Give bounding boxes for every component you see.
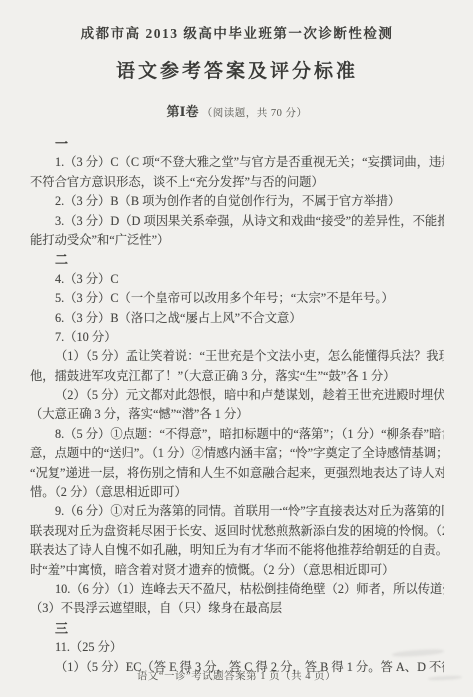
answer-line-text: 8.（5 分）①点题：“不得意”，暗扣标题中的“落第”；（1 分）“柳条春”暗含… <box>55 427 444 441</box>
answer-line-text: 他，擂鼓进军攻克江都了！”（大意正确 3 分，落实“生”“鼓”各 1 分） <box>30 369 395 383</box>
answer-line-text: （2）（5 分）元文都对此怨恨，暗中和卢楚谋划，趁着王世充进殿时埋伏士兵杀死他。 <box>55 388 444 402</box>
answer-line-text: （3）不畏浮云遮望眼，自（只）缘身在最高层 <box>30 601 282 615</box>
answer-line: 不符合官方意识形态，谈不上“充分发挥”与否的问题） <box>30 173 444 192</box>
answer-line-text: 10.（6 分）（1）连峰去天不盈尺，枯松倒挂倚绝壁（2）师者，所以传道受业解惑… <box>55 582 444 596</box>
scanned-answer-sheet-page: 成都市高 2013 级高中毕业班第一次诊断性检测 语文参考答案及评分标准 第Ⅰ卷… <box>0 0 473 697</box>
answer-line: 意，点题中的“送归”。（1 分）②情感内涵丰富；“怜”字奠定了全诗感情基调；（1… <box>30 444 444 463</box>
answer-line-text: 2.（3 分）B（B 项为创作者的自觉创作行为，不属于官方举措） <box>55 194 400 208</box>
answer-line: 二 <box>30 250 444 269</box>
answer-line: 10.（6 分）（1）连峰去天不盈尺，枯松倒挂倚绝壁（2）师者，所以传道受业解惑… <box>30 580 444 599</box>
answer-line-text: 不符合官方意识形态，谈不上“充分发挥”与否的问题） <box>30 175 324 189</box>
answer-line: 8.（5 分）①点题：“不得意”，暗扣标题中的“落第”；（1 分）“柳条春”暗含… <box>30 425 444 444</box>
answer-line: （3）不畏浮云遮望眼，自（只）缘身在最高层 <box>30 599 444 618</box>
answer-line: “况复”递进一层，将伤别之情和人生不如意融合起来，更强烈地表达了诗人对丘为的怜 <box>30 464 444 483</box>
answer-line-text: 11.（25 分） <box>55 640 122 654</box>
answer-line-text: 二 <box>55 252 68 267</box>
answer-line-text: （1）（5 分）孟让笑着说：“王世充是个文法小吏，怎么能懂得兵法？我现在要活捉 <box>55 349 444 363</box>
answer-line: 9.（6 分）①对丘为落第的同情。首联用一“怜”字直接表达对丘为落第的同情；颔 <box>30 502 444 521</box>
answer-line-text: 时“羞”中寓愤，暗含着对贤才遗弃的愤慨。（2 分）（意思相近即可） <box>30 563 394 577</box>
answer-line-text: 1.（3 分）C（C 项“不登大雅之堂”与官方是否重视无关；“妄撰词曲，违规越礼… <box>55 155 444 169</box>
answer-line: 一 <box>30 134 444 153</box>
section-heading: 第Ⅰ卷 （阅读题，共 70 分） <box>30 101 444 120</box>
answer-line-text: 3.（3 分）D（D 项因果关系牵强，从诗文和戏曲“接受”的差异性，不能推出“更 <box>55 214 444 228</box>
answer-line-text: 联表达了诗人自愧不如孔融，明知丘为有才华而不能将他推荐给朝廷的自责。（2 分）同 <box>30 543 444 557</box>
answer-line-text: 惜。（2 分）（意思相近即可） <box>30 485 187 499</box>
answer-line: （大意正确 3 分，落实“憾”“潜”各 1 分） <box>30 405 444 424</box>
answer-line: 联表达了诗人自愧不如孔融，明知丘为有才华而不能将他推荐给朝廷的自责。（2 分）同 <box>30 541 444 560</box>
answer-line: 4.（3 分）C <box>30 270 444 289</box>
exam-name-heading: 成都市高 2013 级高中毕业班第一次诊断性检测 <box>30 22 444 42</box>
answer-line-text: 7.（10 分） <box>55 330 117 344</box>
answer-line: 1.（3 分）C（C 项“不登大雅之堂”与官方是否重视无关；“妄撰词曲，违规越礼… <box>30 153 444 172</box>
answer-line: 时“羞”中寓愤，暗含着对贤才遗弃的愤慨。（2 分）（意思相近即可） <box>30 561 444 580</box>
answer-line: 7.（10 分） <box>30 328 444 347</box>
answer-line-text: 三 <box>55 621 68 636</box>
answer-line-text: 5.（3 分）C（一个皇帝可以改用多个年号；“太宗”不是年号。） <box>55 291 394 305</box>
answer-line-text: 联表现对丘为盘资耗尽困于长安、返回时忧愁煎熬新添白发的困境的怜悯。（2 分）②尾 <box>30 524 444 538</box>
answer-line: （1）（5 分）孟让笑着说：“王世充是个文法小吏，怎么能懂得兵法？我现在要活捉 <box>30 347 444 366</box>
answer-line: 2.（3 分）B（B 项为创作者的自觉创作行为，不属于官方举措） <box>30 192 444 211</box>
answer-line-text: 9.（6 分）①对丘为落第的同情。首联用一“怜”字直接表达对丘为落第的同情；颔 <box>55 504 444 518</box>
answer-line: 他，擂鼓进军攻克江都了！”（大意正确 3 分，落实“生”“鼓”各 1 分） <box>30 367 444 386</box>
answer-line-text: 意，点题中的“送归”。（1 分）②情感内涵丰富；“怜”字奠定了全诗感情基调；（1… <box>30 446 444 460</box>
page-footer: 语文“一诊”考试题答案第 1 页（共 4 页） <box>0 668 473 683</box>
answer-lines: 一 1.（3 分）C（C 项“不登大雅之堂”与官方是否重视无关；“妄撰词曲，违规… <box>30 134 444 677</box>
answer-line: （2）（5 分）元文都对此怨恨，暗中和卢楚谋划，趁着王世充进殿时埋伏士兵杀死他。 <box>30 386 444 405</box>
answer-line: 惜。（2 分）（意思相近即可） <box>30 483 444 502</box>
answer-line: 6.（3 分）B（洛口之战“屡占上风”不合文意） <box>30 309 444 328</box>
section-heading-note: （阅读题，共 70 分） <box>202 108 308 119</box>
answer-line-text: 6.（3 分）B（洛口之战“屡占上风”不合文意） <box>55 311 302 325</box>
answer-line-text: “况复”递进一层，将伤别之情和人生不如意融合起来，更强烈地表达了诗人对丘为的怜 <box>30 466 444 480</box>
answer-line-text: 能打动受众”和“广泛性”） <box>30 233 169 247</box>
section-heading-label: 第Ⅰ卷 <box>166 104 198 119</box>
answer-line-text: （大意正确 3 分，落实“憾”“潜”各 1 分） <box>30 407 249 421</box>
answer-line-text: 4.（3 分）C <box>55 272 119 286</box>
answer-line: 11.（25 分） <box>30 638 444 657</box>
page-title: 语文参考答案及评分标准 <box>30 56 444 83</box>
answer-line-text: 一 <box>55 136 68 151</box>
answer-line: 联表现对丘为盘资耗尽困于长安、返回时忧愁煎熬新添白发的困境的怜悯。（2 分）②尾 <box>30 522 444 541</box>
document-body: 成都市高 2013 级高中毕业班第一次诊断性检测 语文参考答案及评分标准 第Ⅰ卷… <box>30 22 444 677</box>
answer-line: 能打动受众”和“广泛性”） <box>30 231 444 250</box>
answer-line: 三 <box>30 619 444 638</box>
answer-line: 3.（3 分）D（D 项因果关系牵强，从诗文和戏曲“接受”的差异性，不能推出“更 <box>30 212 444 231</box>
answer-line: 5.（3 分）C（一个皇帝可以改用多个年号；“太宗”不是年号。） <box>30 289 444 308</box>
